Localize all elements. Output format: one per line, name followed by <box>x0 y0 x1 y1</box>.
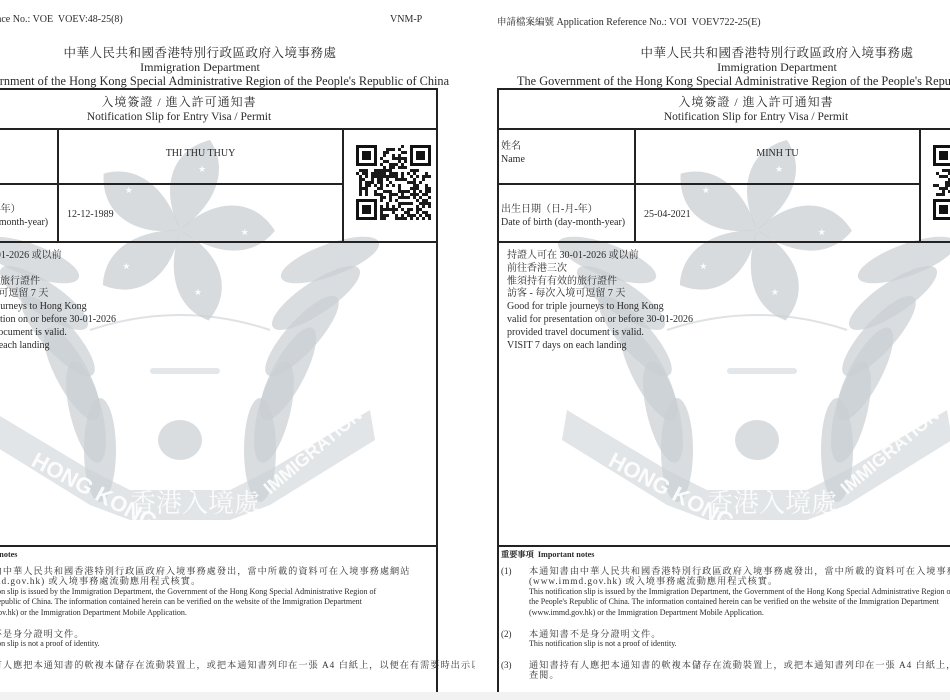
note-num: (1) <box>501 566 512 577</box>
slip-title-zh: 入境簽證 / 進入許可通知書 <box>499 93 950 110</box>
important-notes: 重要事項 Important notes(1)本通知書由中華人民共和國香港特別行… <box>501 550 950 681</box>
department-name-en: Immigration Department <box>497 60 950 75</box>
qr-cell <box>919 130 950 243</box>
condition-line: 惟須持有有效的旅行證件 <box>507 276 693 289</box>
condition-line: VISIT 7 days on each landing <box>507 340 693 353</box>
condition-line: 持證人可在 30-01-2026 或以前 <box>507 250 693 263</box>
note-item: (2)本通知書不是身分證明文件。This notification slip i… <box>0 629 475 650</box>
notes-divider <box>0 545 436 547</box>
dob-row: 出生日期（日-月-年） Date of birth (day-month-yea… <box>499 185 919 243</box>
note-en3: (www.immd.gov.hk) or the Immigration Dep… <box>0 608 475 619</box>
name-label-zh: 姓名 <box>501 140 634 153</box>
reference-number: VOE VOEV:48-25(8) <box>33 14 123 25</box>
name-label-zh: 姓名 <box>0 140 57 153</box>
notes-divider <box>499 545 950 547</box>
note-zh: 通知書持有人應把本通知書的軟複本儲存在流動裝置上，或把本通知書列印在一張 A4 … <box>529 660 950 671</box>
note-zh: 本通知書不是身分證明文件。 <box>529 629 950 640</box>
note-en: This notification slip is not a proof of… <box>0 639 475 650</box>
reference-label: Application Reference No.: <box>0 14 30 25</box>
qr-code-icon <box>933 145 950 220</box>
condition-line: valid for presentation on or before 30-0… <box>507 314 693 327</box>
note-num: (3) <box>501 660 512 671</box>
dob-label-en: Date of birth (day-month-year) <box>501 216 634 229</box>
note-en2: the People's Republic of China. The info… <box>0 597 475 608</box>
notification-slip-left: ★★★★★HONG KONG香港入境處IMMIGRATION Applicati… <box>0 0 475 700</box>
dob-label-zh: 出生日期（日-月-年） <box>501 203 634 216</box>
dob-label: 出生日期（日-月-年） Date of birth (day-month-yea… <box>499 185 636 241</box>
dob-row: 出生日期（日-月-年） Date of birth (day-month-yea… <box>0 185 342 243</box>
dob-label-zh: 出生日期（日-月-年） <box>0 203 57 216</box>
notes-title-en: Important notes <box>0 550 18 559</box>
slip-frame: 入境簽證 / 進入許可通知書 Notification Slip for Ent… <box>0 88 438 700</box>
note-zh2: (www.immd.gov.hk) 或入境事務處流動應用程式核實。 <box>0 576 475 587</box>
visa-conditions: 持證人可在 30-01-2026 或以前前往香港三次惟須持有有效的旅行證件訪客 … <box>507 250 693 352</box>
note-item: (3)通知書持有人應把本通知書的軟複本儲存在流動裝置上，或把本通知書列印在一張 … <box>501 660 950 681</box>
slip-title: 入境簽證 / 進入許可通知書 Notification Slip for Ent… <box>0 90 436 130</box>
application-reference: 申請檔案編號 Application Reference No.: VOI VO… <box>497 14 761 28</box>
notes-title: 重要事項 Important notes <box>501 550 950 561</box>
country-code: VNM-P <box>390 14 422 25</box>
slip-title: 入境簽證 / 進入許可通知書 Notification Slip for Ent… <box>499 90 950 130</box>
reference-label: Application Reference No.: <box>557 17 667 28</box>
page-edge <box>0 692 475 700</box>
slip-title-zh: 入境簽證 / 進入許可通知書 <box>0 93 436 110</box>
name-label-en: Name <box>501 153 634 166</box>
note-zh2: 查閱。 <box>529 670 950 681</box>
condition-line: 前往香港三次 <box>0 263 116 276</box>
notification-slip-right: ★★★★★HONG KONG香港入境處IMMIGRATION 申請檔案編號 Ap… <box>475 0 950 700</box>
condition-line: 前往香港三次 <box>507 263 693 276</box>
notes-title-en: Important notes <box>538 550 595 559</box>
reference-label-zh: 申請檔案編號 <box>497 18 554 28</box>
note-num: (2) <box>501 629 512 640</box>
note-en: This notification slip is not a proof of… <box>529 639 950 650</box>
note-en: This notification slip is issued by the … <box>529 587 950 598</box>
name-row: 姓名 Name MINH TU <box>499 130 919 185</box>
name-row: 姓名 Name THI THU THUY <box>0 130 342 185</box>
note-zh: 通知書持有人應把本通知書的軟複本儲存在流動裝置上，或把本通知書列印在一張 A4 … <box>0 660 475 671</box>
note-en2: the People's Republic of China. The info… <box>529 597 950 608</box>
slip-frame: 入境簽證 / 進入許可通知書 Notification Slip for Ent… <box>497 88 950 700</box>
condition-line: provided travel document is valid. <box>0 327 116 340</box>
note-en: This notification slip is issued by the … <box>0 587 475 598</box>
visa-conditions: 持證人可在 30-01-2026 或以前前往香港三次惟須持有有效的旅行證件訪客 … <box>0 250 116 352</box>
qr-cell <box>342 130 436 243</box>
condition-line: 惟須持有有效的旅行證件 <box>0 276 116 289</box>
condition-line: provided travel document is valid. <box>507 327 693 340</box>
notes-title: 重要事項 Important notes <box>0 550 475 561</box>
department-name-zh: 中華人民共和國香港特別行政區政府入境事務處 <box>497 43 950 61</box>
note-item: (3)通知書持有人應把本通知書的軟複本儲存在流動裝置上，或把本通知書列印在一張 … <box>0 660 475 671</box>
note-en3: (www.immd.gov.hk) or the Immigration Dep… <box>529 608 950 619</box>
condition-line: 訪客 - 每次入境可逗留 7 天 <box>0 288 116 301</box>
condition-line: 訪客 - 每次入境可逗留 7 天 <box>507 288 693 301</box>
page-edge <box>475 692 950 700</box>
condition-line: Good for triple journeys to Hong Kong <box>0 301 116 314</box>
condition-line: 持證人可在 30-01-2026 或以前 <box>0 250 116 263</box>
qr-code-icon <box>356 145 431 220</box>
dob-label: 出生日期（日-月-年） Date of birth (day-month-yea… <box>0 185 59 241</box>
department-name-zh: 中華人民共和國香港特別行政區政府入境事務處 <box>0 43 475 61</box>
name-label-en: Name <box>0 153 57 166</box>
department-name-en: Immigration Department <box>0 60 475 75</box>
condition-line: VISIT 7 days on each landing <box>0 340 116 353</box>
government-name-en: The Government of the Hong Kong Special … <box>0 74 475 89</box>
note-zh: 本通知書由中華人民共和國香港特別行政區政府入境事務處發出，當中所載的資料可在入境… <box>0 566 475 577</box>
note-item: (2)本通知書不是身分證明文件。This notification slip i… <box>501 629 950 650</box>
note-zh2: (www.immd.gov.hk) 或入境事務處流動應用程式核實。 <box>529 576 950 587</box>
dob-label-en: Date of birth (day-month-year) <box>0 216 57 229</box>
note-item: (1)本通知書由中華人民共和國香港特別行政區政府入境事務處發出，當中所載的資料可… <box>0 566 475 619</box>
note-zh: 本通知書不是身分證明文件。 <box>0 629 475 640</box>
name-label: 姓名 Name <box>0 130 59 183</box>
name-label: 姓名 Name <box>499 130 636 183</box>
notes-title-zh: 重要事項 <box>501 550 534 559</box>
slip-title-en: Notification Slip for Entry Visa / Permi… <box>499 111 950 123</box>
reference-number: VOI VOEV722-25(E) <box>669 17 760 28</box>
application-reference: Application Reference No.: VOE VOEV:48-2… <box>0 14 123 25</box>
note-item: (1)本通知書由中華人民共和國香港特別行政區政府入境事務處發出，當中所載的資料可… <box>501 566 950 619</box>
note-zh: 本通知書由中華人民共和國香港特別行政區政府入境事務處發出，當中所載的資料可在入境… <box>529 566 950 577</box>
slip-title-en: Notification Slip for Entry Visa / Permi… <box>0 111 436 123</box>
condition-line: Good for triple journeys to Hong Kong <box>507 301 693 314</box>
important-notes: 重要事項 Important notes(1)本通知書由中華人民共和國香港特別行… <box>0 550 475 670</box>
condition-line: valid for presentation on or before 30-0… <box>0 314 116 327</box>
government-name-en: The Government of the Hong Kong Special … <box>517 74 950 89</box>
